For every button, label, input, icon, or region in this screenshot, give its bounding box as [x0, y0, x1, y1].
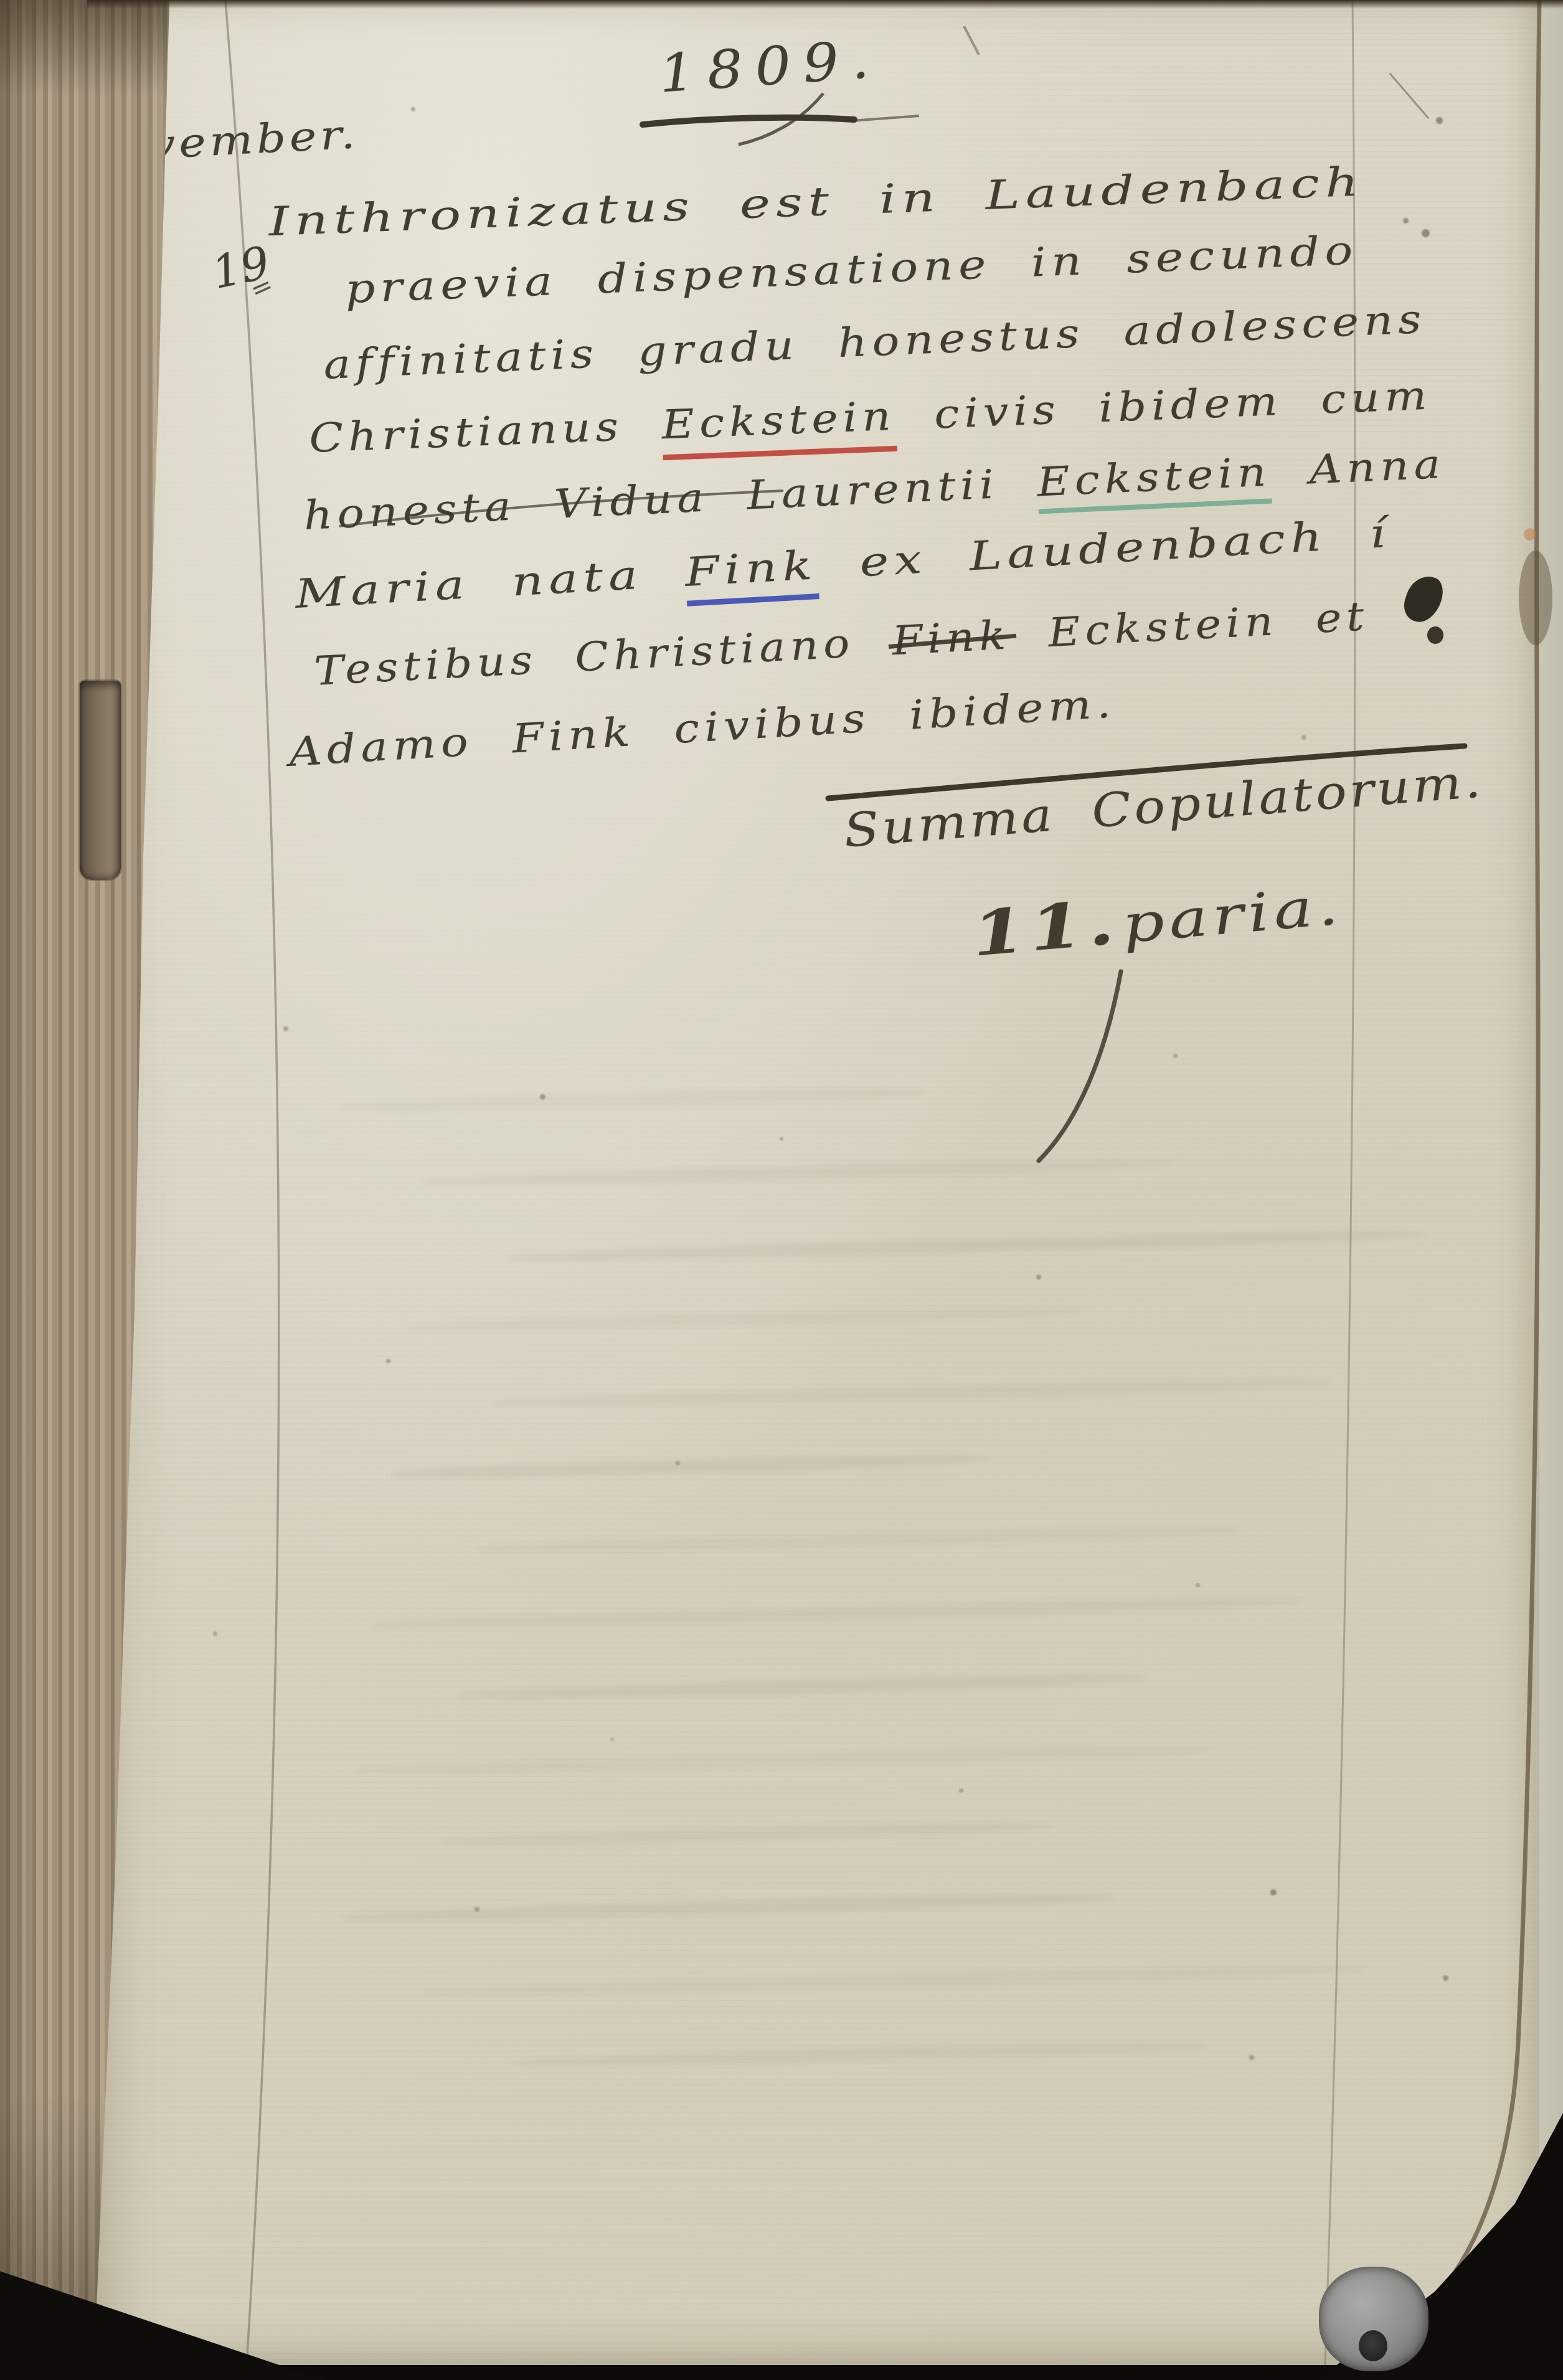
register-book-scan: 18. 1809. November. 19 = Inthronizatus e…: [0, 0, 1563, 2380]
book-clasp-hole: [1359, 2330, 1387, 2361]
ink-blot: [1427, 626, 1443, 644]
underlined-name: Eckstein: [1036, 449, 1272, 514]
underlined-name: Fink: [684, 542, 819, 607]
struck-name: Fink: [891, 612, 1012, 664]
entry-text: Anna: [1270, 442, 1446, 496]
summary-count: 11.: [969, 886, 1121, 970]
binding-clasp-notch: [80, 681, 121, 880]
underlined-name: Eckstein: [661, 394, 897, 460]
page-top-edge-shadow: [87, 0, 1563, 9]
